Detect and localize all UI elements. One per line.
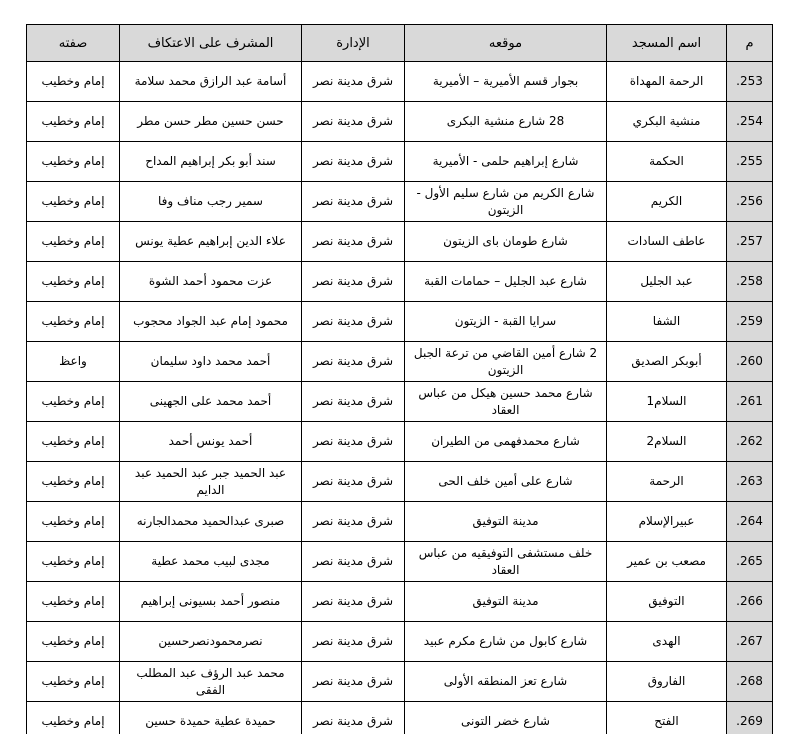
cell-administration: شرق مدينة نصر: [302, 142, 405, 182]
cell-role: إمام وخطيب: [27, 142, 120, 182]
cell-role: إمام وخطيب: [27, 462, 120, 502]
cell-row-number: 263.: [727, 462, 773, 502]
cell-role: إمام وخطيب: [27, 382, 120, 422]
col-header-supervisor: المشرف على الاعتكاف: [120, 25, 302, 62]
cell-row-number: 256.: [727, 182, 773, 222]
cell-mosque-name: مصعب بن عمير: [607, 542, 727, 582]
cell-mosque-name: منشية البكري: [607, 102, 727, 142]
cell-administration: شرق مدينة نصر: [302, 702, 405, 734]
cell-supervisor: محمود إمام عبد الجواد محجوب: [120, 302, 302, 342]
cell-row-number: 260.: [727, 342, 773, 382]
cell-location: شارع خضر التونى: [405, 702, 607, 734]
cell-administration: شرق مدينة نصر: [302, 182, 405, 222]
cell-administration: شرق مدينة نصر: [302, 502, 405, 542]
cell-administration: شرق مدينة نصر: [302, 582, 405, 622]
cell-role: إمام وخطيب: [27, 702, 120, 734]
cell-mosque-name: عاطف السادات: [607, 222, 727, 262]
cell-supervisor: أحمد يونس أحمد: [120, 422, 302, 462]
table-row: 254. منشية البكري 28 شارع منشية البكرى ش…: [27, 102, 773, 142]
cell-row-number: 253.: [727, 62, 773, 102]
cell-supervisor: أحمد محمد على الجهينى: [120, 382, 302, 422]
cell-mosque-name: أبوبكر الصديق: [607, 342, 727, 382]
cell-location: بجوار قسم الأميرية – الأميرية: [405, 62, 607, 102]
cell-supervisor: محمد عبد الرؤف عبد المطلب الفقى: [120, 662, 302, 702]
cell-supervisor: مجدى لبيب محمد عطية: [120, 542, 302, 582]
table-row: 255. الحكمة شارع إبراهيم حلمى - الأميرية…: [27, 142, 773, 182]
cell-mosque-name: عبد الجليل: [607, 262, 727, 302]
cell-mosque-name: الرحمة: [607, 462, 727, 502]
cell-administration: شرق مدينة نصر: [302, 222, 405, 262]
cell-supervisor: عبد الحميد جبر عبد الحميد عبد الدايم: [120, 462, 302, 502]
cell-role: واعظ: [27, 342, 120, 382]
cell-mosque-name: السلام1: [607, 382, 727, 422]
cell-row-number: 259.: [727, 302, 773, 342]
cell-supervisor: سمير رجب مناف وفا: [120, 182, 302, 222]
mosques-table: م اسم المسجد موقعه الإدارة المشرف على ال…: [26, 24, 773, 734]
cell-location: سرايا القبة - الزيتون: [405, 302, 607, 342]
cell-location: شارع محمد حسين هيكل من عباس العقاد: [405, 382, 607, 422]
cell-row-number: 268.: [727, 662, 773, 702]
cell-location: شارع طومان باى الزيتون: [405, 222, 607, 262]
cell-role: إمام وخطيب: [27, 662, 120, 702]
cell-administration: شرق مدينة نصر: [302, 542, 405, 582]
cell-location: 2 شارع أمين القاضي من ترعة الجبل الزيتون: [405, 342, 607, 382]
cell-mosque-name: الشفا: [607, 302, 727, 342]
cell-mosque-name: الكريم: [607, 182, 727, 222]
cell-role: إمام وخطيب: [27, 622, 120, 662]
cell-mosque-name: السلام2: [607, 422, 727, 462]
cell-row-number: 267.: [727, 622, 773, 662]
cell-supervisor: نصرمحمودنصرحسين: [120, 622, 302, 662]
table-row: 269. الفتح شارع خضر التونى شرق مدينة نصر…: [27, 702, 773, 734]
cell-row-number: 269.: [727, 702, 773, 734]
table-row: 262. السلام2 شارع محمدفهمى من الطيران شر…: [27, 422, 773, 462]
cell-location: شارع كابول من شارع مكرم عبيد: [405, 622, 607, 662]
cell-mosque-name: الهدى: [607, 622, 727, 662]
cell-administration: شرق مدينة نصر: [302, 662, 405, 702]
cell-row-number: 262.: [727, 422, 773, 462]
cell-row-number: 254.: [727, 102, 773, 142]
cell-administration: شرق مدينة نصر: [302, 302, 405, 342]
cell-supervisor: صبرى عبدالحميد محمدالجارنه: [120, 502, 302, 542]
cell-role: إمام وخطيب: [27, 222, 120, 262]
table-row: 253. الرحمة المهداة بجوار قسم الأميرية –…: [27, 62, 773, 102]
cell-row-number: 258.: [727, 262, 773, 302]
table-row: 267. الهدى شارع كابول من شارع مكرم عبيد …: [27, 622, 773, 662]
col-header-administration: الإدارة: [302, 25, 405, 62]
cell-mosque-name: الحكمة: [607, 142, 727, 182]
cell-location: مدينة التوفيق: [405, 582, 607, 622]
cell-row-number: 257.: [727, 222, 773, 262]
cell-location: شارع إبراهيم حلمى - الأميرية: [405, 142, 607, 182]
table-row: 260. أبوبكر الصديق 2 شارع أمين القاضي من…: [27, 342, 773, 382]
cell-role: إمام وخطيب: [27, 262, 120, 302]
cell-mosque-name: عبيرالإسلام: [607, 502, 727, 542]
cell-administration: شرق مدينة نصر: [302, 462, 405, 502]
cell-administration: شرق مدينة نصر: [302, 622, 405, 662]
cell-supervisor: أحمد محمد داود سليمان: [120, 342, 302, 382]
cell-row-number: 261.: [727, 382, 773, 422]
col-header-location: موقعه: [405, 25, 607, 62]
table-row: 256. الكريم شارع الكريم من شارع سليم الأ…: [27, 182, 773, 222]
cell-role: إمام وخطيب: [27, 182, 120, 222]
table-row: 261. السلام1 شارع محمد حسين هيكل من عباس…: [27, 382, 773, 422]
cell-location: 28 شارع منشية البكرى: [405, 102, 607, 142]
table-row: 258. عبد الجليل شارع عبد الجليل – حمامات…: [27, 262, 773, 302]
cell-supervisor: عزت محمود أحمد الشوة: [120, 262, 302, 302]
cell-administration: شرق مدينة نصر: [302, 422, 405, 462]
cell-administration: شرق مدينة نصر: [302, 382, 405, 422]
cell-supervisor: أسامة عبد الرازق محمد سلامة: [120, 62, 302, 102]
table-row: 266. التوفيق مدينة التوفيق شرق مدينة نصر…: [27, 582, 773, 622]
cell-location: مدينة التوفيق: [405, 502, 607, 542]
cell-role: إمام وخطيب: [27, 542, 120, 582]
cell-supervisor: علاء الدين إبراهيم عطية يونس: [120, 222, 302, 262]
col-header-role: صفته: [27, 25, 120, 62]
col-header-mosque-name: اسم المسجد: [607, 25, 727, 62]
table-row: 257. عاطف السادات شارع طومان باى الزيتون…: [27, 222, 773, 262]
cell-supervisor: سند أبو بكر إبراهيم المداح: [120, 142, 302, 182]
cell-row-number: 255.: [727, 142, 773, 182]
cell-supervisor: منصور أحمد بسيونى إبراهيم: [120, 582, 302, 622]
cell-administration: شرق مدينة نصر: [302, 62, 405, 102]
cell-supervisor: حسن حسين مطر حسن مطر: [120, 102, 302, 142]
cell-location: خلف مستشفى التوفيقيه من عباس العقاد: [405, 542, 607, 582]
cell-location: شارع عبد الجليل – حمامات القبة: [405, 262, 607, 302]
cell-location: شارع تعز المنطقه الأولى: [405, 662, 607, 702]
cell-role: إمام وخطيب: [27, 302, 120, 342]
cell-role: إمام وخطيب: [27, 62, 120, 102]
col-header-number: م: [727, 25, 773, 62]
cell-role: إمام وخطيب: [27, 502, 120, 542]
document-page: م اسم المسجد موقعه الإدارة المشرف على ال…: [0, 0, 788, 734]
table-row: 268. الفاروق شارع تعز المنطقه الأولى شرق…: [27, 662, 773, 702]
cell-mosque-name: الرحمة المهداة: [607, 62, 727, 102]
cell-role: إمام وخطيب: [27, 422, 120, 462]
cell-location: شارع محمدفهمى من الطيران: [405, 422, 607, 462]
cell-row-number: 264.: [727, 502, 773, 542]
header-row: م اسم المسجد موقعه الإدارة المشرف على ال…: [27, 25, 773, 62]
table-body: 253. الرحمة المهداة بجوار قسم الأميرية –…: [27, 62, 773, 734]
cell-administration: شرق مدينة نصر: [302, 342, 405, 382]
cell-mosque-name: الفاروق: [607, 662, 727, 702]
cell-administration: شرق مدينة نصر: [302, 102, 405, 142]
table-row: 264. عبيرالإسلام مدينة التوفيق شرق مدينة…: [27, 502, 773, 542]
cell-row-number: 265.: [727, 542, 773, 582]
cell-role: إمام وخطيب: [27, 582, 120, 622]
cell-mosque-name: الفتح: [607, 702, 727, 734]
table-row: 263. الرحمة شارع على أمين خلف الحى شرق م…: [27, 462, 773, 502]
table-row: 259. الشفا سرايا القبة - الزيتون شرق مدي…: [27, 302, 773, 342]
cell-row-number: 266.: [727, 582, 773, 622]
cell-mosque-name: التوفيق: [607, 582, 727, 622]
table-row: 265. مصعب بن عمير خلف مستشفى التوفيقيه م…: [27, 542, 773, 582]
cell-supervisor: حميدة عطية حميدة حسين: [120, 702, 302, 734]
cell-location: شارع على أمين خلف الحى: [405, 462, 607, 502]
cell-administration: شرق مدينة نصر: [302, 262, 405, 302]
cell-location: شارع الكريم من شارع سليم الأول - الزيتون: [405, 182, 607, 222]
cell-role: إمام وخطيب: [27, 102, 120, 142]
